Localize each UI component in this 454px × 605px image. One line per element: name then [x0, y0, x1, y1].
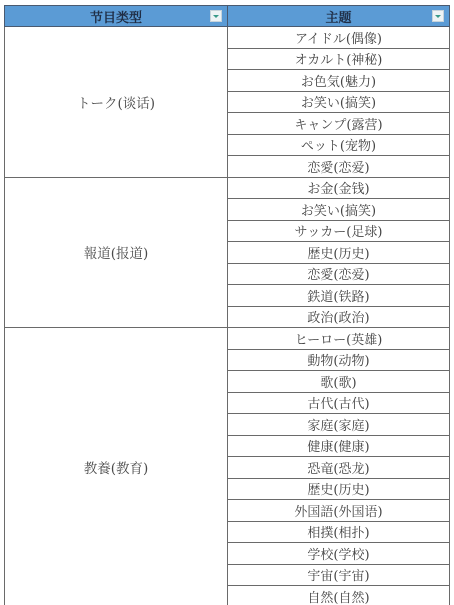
topic-cell[interactable]: オカルト(神秘) — [228, 48, 450, 70]
filter-dropdown-icon[interactable] — [210, 10, 222, 22]
topic-cell[interactable]: 相撲(相扑) — [228, 521, 450, 543]
topic-cell[interactable]: お金(金钱) — [228, 177, 450, 199]
program-type-cell[interactable]: トーク(谈话) — [5, 27, 228, 178]
topic-cell[interactable]: 自然(自然) — [228, 586, 450, 605]
program-type-cell[interactable]: 教養(教育) — [5, 328, 228, 605]
program-topic-table: 节目类型 主题 トーク(谈话) アイドル(偶像) オカルト(神秘) お色気(魅力… — [4, 5, 450, 605]
program-type-cell[interactable]: 報道(报道) — [5, 177, 228, 328]
filter-dropdown-icon[interactable] — [432, 10, 444, 22]
topic-cell[interactable]: アイドル(偶像) — [228, 27, 450, 49]
topic-cell[interactable]: 健康(健康) — [228, 435, 450, 457]
header-topic: 主题 — [228, 6, 450, 27]
spreadsheet-table-container: 节目类型 主题 トーク(谈话) アイドル(偶像) オカルト(神秘) お色気(魅力… — [4, 5, 449, 605]
topic-cell[interactable]: 古代(古代) — [228, 392, 450, 414]
table-row: トーク(谈话) アイドル(偶像) — [5, 27, 450, 49]
topic-cell[interactable]: 動物(动物) — [228, 349, 450, 371]
topic-cell[interactable]: サッカー(足球) — [228, 220, 450, 242]
header-program-type: 节目类型 — [5, 6, 228, 27]
header-row: 节目类型 主题 — [5, 6, 450, 27]
topic-cell[interactable]: 政治(政治) — [228, 306, 450, 328]
topic-cell[interactable]: 家庭(家庭) — [228, 414, 450, 436]
topic-cell[interactable]: お色気(魅力) — [228, 70, 450, 92]
header-program-type-label: 节目类型 — [90, 11, 142, 26]
topic-cell[interactable]: 外国語(外国语) — [228, 500, 450, 522]
topic-cell[interactable]: 鉄道(铁路) — [228, 285, 450, 307]
topic-cell[interactable]: 学校(学校) — [228, 543, 450, 565]
header-topic-label: 主题 — [325, 11, 351, 26]
table-row: 報道(报道) お金(金钱) — [5, 177, 450, 199]
topic-cell[interactable]: 歴史(历史) — [228, 242, 450, 264]
topic-cell[interactable]: ペット(宠物) — [228, 134, 450, 156]
topic-cell[interactable]: 歌(歌) — [228, 371, 450, 393]
topic-cell[interactable]: 恋愛(恋爱) — [228, 263, 450, 285]
topic-cell[interactable]: ヒーロー(英雄) — [228, 328, 450, 350]
topic-cell[interactable]: お笑い(搞笑) — [228, 199, 450, 221]
topic-cell[interactable]: 宇宙(宇宙) — [228, 564, 450, 586]
topic-cell[interactable]: お笑い(搞笑) — [228, 91, 450, 113]
topic-cell[interactable]: キャンプ(露营) — [228, 113, 450, 135]
table-row: 教養(教育) ヒーロー(英雄) — [5, 328, 450, 350]
topic-cell[interactable]: 恋愛(恋爱) — [228, 156, 450, 178]
topic-cell[interactable]: 恐竜(恐龙) — [228, 457, 450, 479]
topic-cell[interactable]: 歴史(历史) — [228, 478, 450, 500]
